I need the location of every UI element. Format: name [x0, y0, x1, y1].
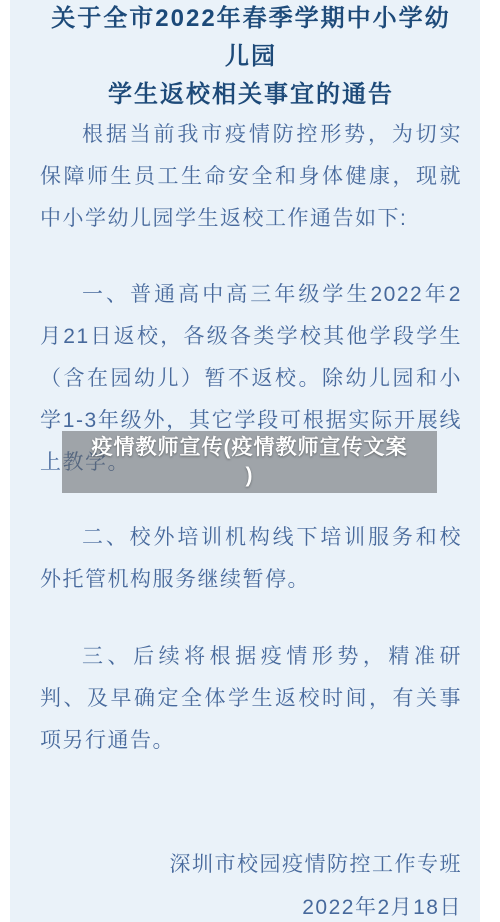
- notice-title-line-2: 学生返校相关事宜的通告: [40, 76, 462, 114]
- notice-item-3: 三、后续将根据疫情形势，精准研判、及早确定全体学生返校时间，有关事项另行通告。: [40, 636, 462, 762]
- caption-text-line-2: ): [246, 462, 254, 490]
- caption-text-line-1: 疫情教师宣传(疫情教师宣传文案: [92, 434, 408, 462]
- caption-overlay: 疫情教师宣传(疫情教师宣传文案 ): [62, 431, 437, 493]
- notice-footer: 深圳市校园疫情防控工作专班 2022年2月18日: [40, 843, 462, 922]
- notice-date: 2022年2月18日: [40, 886, 462, 922]
- notice-signature: 深圳市校园疫情防控工作专班: [40, 843, 462, 886]
- notice-item-2: 二、校外培训机构线下培训服务和校外托管机构服务继续暂停。: [40, 517, 462, 601]
- notice-intro-paragraph: 根据当前我市疫情防控形势，为切实保障师生员工生命安全和身体健康，现就中小学幼儿园…: [40, 114, 462, 240]
- notice-title-line-1: 关于全市2022年春季学期中小学幼儿园: [40, 0, 462, 76]
- notice-title: 关于全市2022年春季学期中小学幼儿园 学生返校相关事宜的通告: [40, 0, 462, 114]
